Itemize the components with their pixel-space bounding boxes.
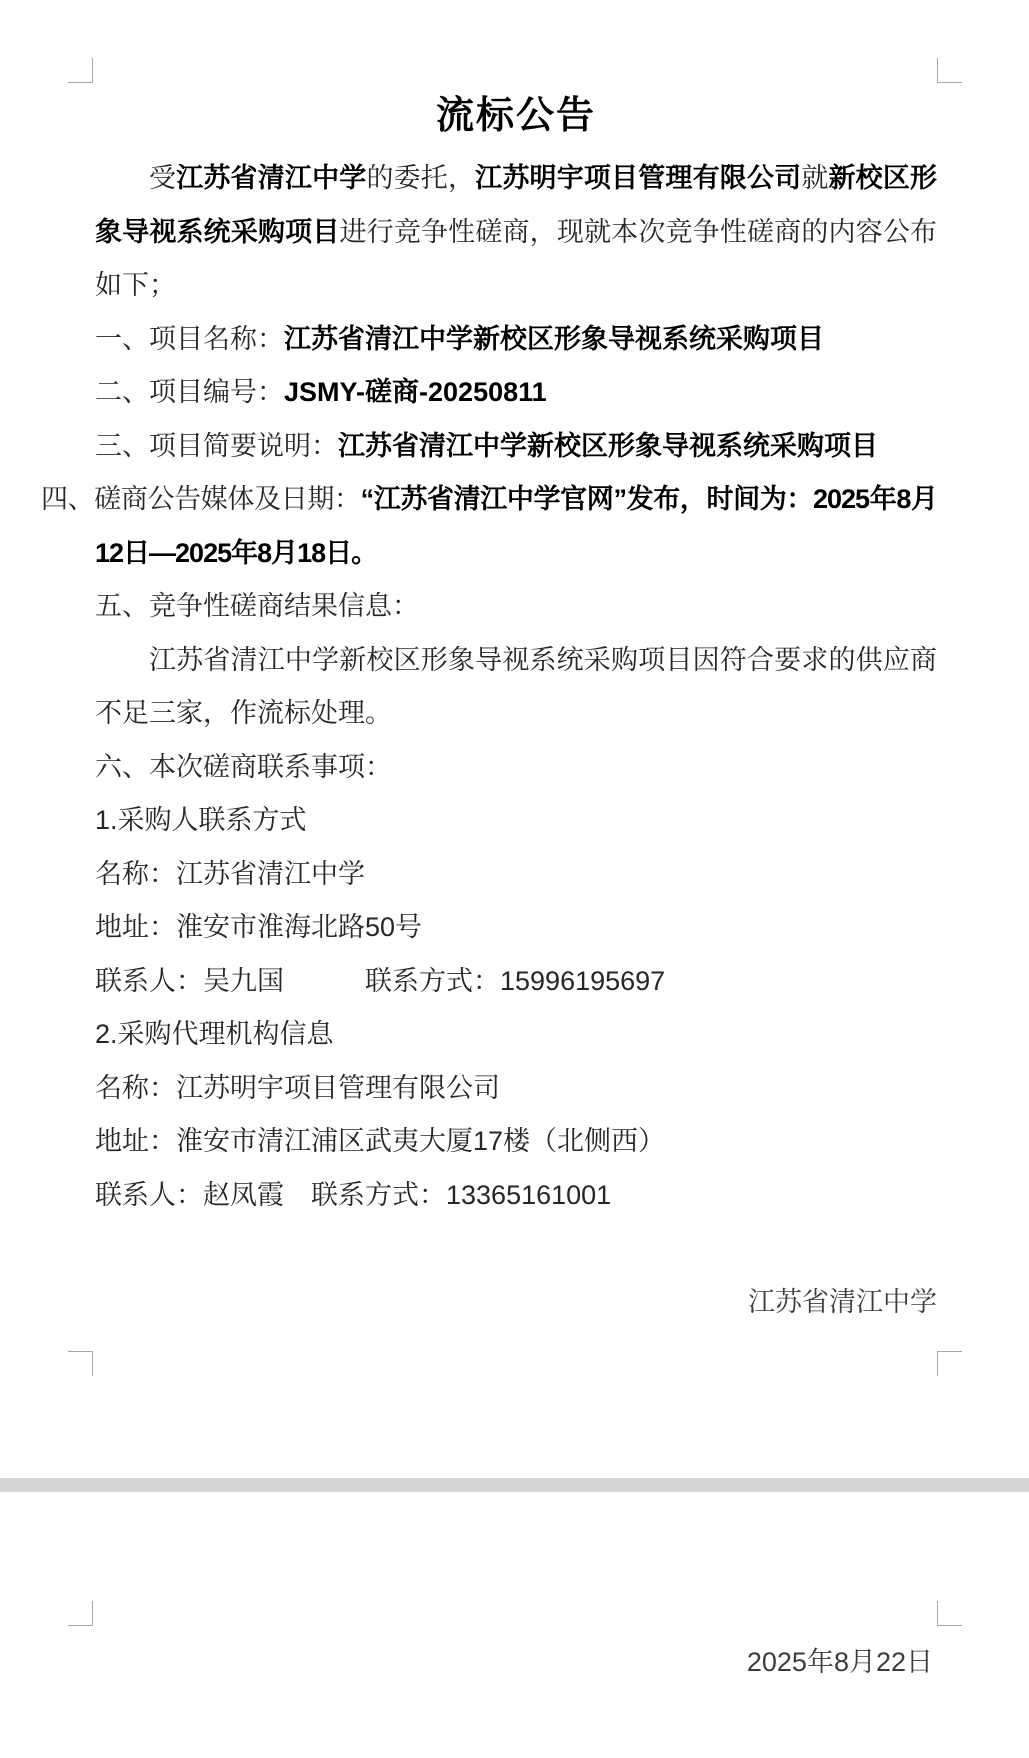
item-project-number: 二、项目编号：JSMY-磋商-20250811 <box>95 366 937 420</box>
purchaser-contact-line: 联系人：吴九国联系方式：15996195697 <box>95 955 937 1009</box>
item-contact-heading: 六、本次磋商联系事项： <box>95 741 937 795</box>
page2-top-left-margin-mark <box>68 1601 93 1626</box>
item-value: 江苏省清江中学新校区形象导视系统采购项目 <box>338 431 878 461</box>
page1-top-left-margin-mark <box>68 58 93 83</box>
result-paragraph: 江苏省清江中学新校区形象导视系统采购项目因符合要求的供应商不足三家，作流标处理。 <box>95 634 937 741</box>
item-label: 二、项目编号： <box>95 377 284 407</box>
page1-bottom-left-margin-mark <box>68 1351 93 1376</box>
intro-paragraph: 受江苏省清江中学的委托，江苏明宇项目管理有限公司就新校区形象导视系统采购项目进行… <box>95 152 937 313</box>
agency-address: 地址：淮安市清江浦区武夷大厦17楼（北侧西） <box>95 1115 937 1169</box>
page-break-band <box>0 1478 1029 1492</box>
agency-contact-heading: 2.采购代理机构信息 <box>95 1008 937 1062</box>
agency-name: 名称：江苏明宇项目管理有限公司 <box>95 1062 937 1116</box>
agency-contact-line: 联系人：赵凤霞联系方式：13365161001 <box>95 1169 937 1223</box>
item-result-heading: 五、竞争性磋商结果信息： <box>95 580 937 634</box>
item-label: 六、本次磋商联系事项： <box>95 752 392 782</box>
document-body: 受江苏省清江中学的委托，江苏明宇项目管理有限公司就新校区形象导视系统采购项目进行… <box>95 152 937 1329</box>
item-label: 一、项目名称： <box>95 324 284 354</box>
document-date: 2025年8月22日 <box>95 1646 933 1678</box>
purchaser-contact-heading: 1.采购人联系方式 <box>95 794 937 848</box>
page1-top-right-margin-mark <box>937 58 962 83</box>
purchaser-contact-person: 联系人：吴九国 <box>95 966 284 996</box>
purchaser-name: 名称：江苏省清江中学 <box>95 848 937 902</box>
text-run: 就 <box>801 163 828 193</box>
item-announcement-media: 四、磋商公告媒体及日期：“江苏省清江中学官网”发布，时间为：2025年8月12日… <box>95 473 937 580</box>
agency-contact-phone: 联系方式：13365161001 <box>311 1180 611 1210</box>
page1-bottom-right-margin-mark <box>937 1351 962 1376</box>
document-page: 流标公告 受江苏省清江中学的委托，江苏明宇项目管理有限公司就新校区形象导视系统采… <box>0 0 1029 1758</box>
signature: 江苏省清江中学 <box>95 1276 937 1330</box>
agency-contact-person: 联系人：赵凤霞 <box>95 1180 284 1210</box>
item-value: 江苏省清江中学新校区形象导视系统采购项目 <box>284 324 824 354</box>
text-run: 受 <box>149 163 176 193</box>
purchaser-address: 地址：淮安市淮海北路50号 <box>95 901 937 955</box>
text-run-bold: 江苏省清江中学 <box>176 163 366 193</box>
item-value: JSMY-磋商-20250811 <box>284 377 547 407</box>
item-label: 三、项目简要说明： <box>95 431 338 461</box>
document-content: 流标公告 受江苏省清江中学的委托，江苏明宇项目管理有限公司就新校区形象导视系统采… <box>95 90 937 1329</box>
document-title: 流标公告 <box>95 90 937 142</box>
purchaser-contact-phone: 联系方式：15996195697 <box>365 966 665 996</box>
blank-line <box>95 1222 937 1276</box>
page2-top-right-margin-mark <box>937 1601 962 1626</box>
item-project-name: 一、项目名称：江苏省清江中学新校区形象导视系统采购项目 <box>95 313 937 367</box>
item-project-summary: 三、项目简要说明：江苏省清江中学新校区形象导视系统采购项目 <box>95 420 937 474</box>
item-label: 五、竞争性磋商结果信息： <box>95 591 419 621</box>
text-run: 的委托， <box>366 163 475 193</box>
text-run-bold: 江苏明宇项目管理有限公司 <box>475 163 801 193</box>
item-label: 四、磋商公告媒体及日期： <box>41 484 361 514</box>
